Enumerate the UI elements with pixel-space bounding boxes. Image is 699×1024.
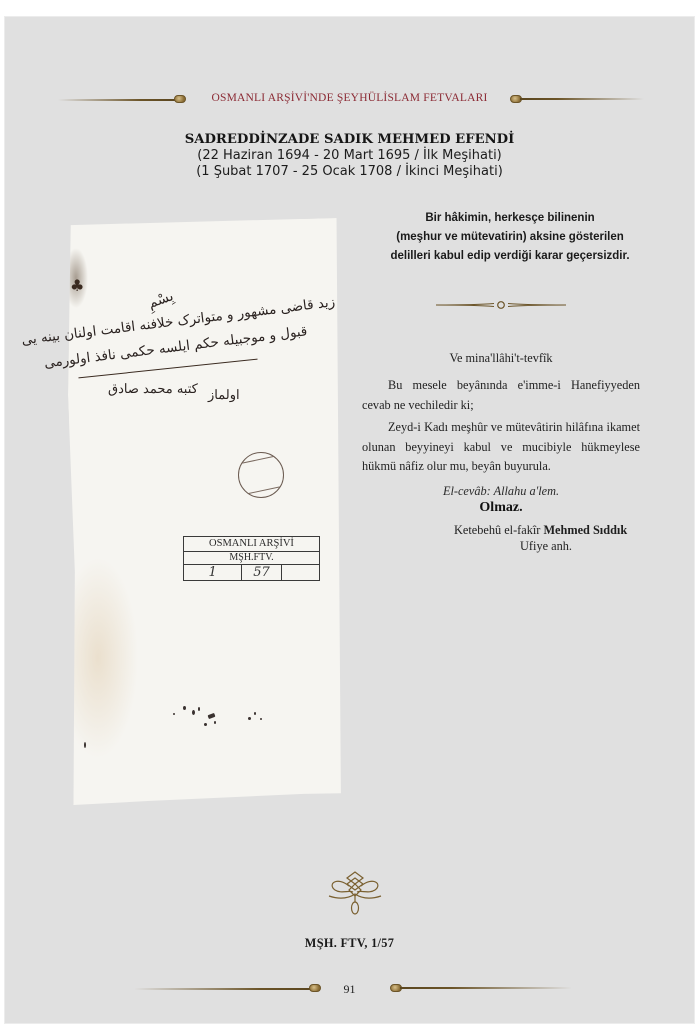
- archive-label: OSMANLI ARŞİVİ MŞH.FTV. 1 57: [183, 536, 320, 581]
- section-divider-icon: [436, 300, 566, 310]
- question-text: Zeyd-i Kadı meşhûr ve mütevâtirin hilâfı…: [362, 418, 640, 477]
- page-title-block: SADREDDİNZADE SADIK MEHMED EFENDİ (22 Ha…: [0, 131, 699, 180]
- archive-label-extra: [282, 565, 319, 580]
- archive-label-fund: MŞH.FTV.: [184, 552, 319, 565]
- sheikh-name: SADREDDİNZADE SADIK MEHMED EFENDİ: [0, 131, 699, 148]
- summary-line-3: delilleri kabul edip verdiği karar geçer…: [360, 247, 660, 266]
- series-title: OSMANLI ARŞİVİ'NDE ŞEYHÜLİSLAM FETVALARI: [0, 92, 699, 104]
- question-intro: Bu mesele beyânında e'imme-i Hanefiyyede…: [362, 376, 640, 415]
- archival-document-image: بِسْمِ ♣ زيد قاضی مشهور و متواترک خلافنه…: [68, 218, 342, 808]
- signature-suffix: Ufiye anh.: [454, 539, 638, 554]
- page-number: 91: [0, 982, 699, 997]
- archive-label-name: OSMANLI ARŞİVİ: [184, 537, 319, 552]
- knot-ornament-icon: [327, 870, 383, 916]
- margin-mark: ♣: [70, 276, 84, 295]
- signature-scrawl: کتبه محمد صادق: [108, 382, 198, 397]
- summary-line-1: Bir hâkimin, herkesçe bilinenin: [360, 209, 660, 228]
- archive-label-file: 57: [242, 565, 282, 580]
- signature-prefix: Ketebehû el-fakîr: [454, 523, 543, 537]
- second-term-dates: (1 Şubat 1707 - 25 Ocak 1708 / İkinci Me…: [0, 164, 699, 180]
- archive-label-folder: 1: [184, 565, 242, 580]
- archive-reference: MŞH. FTV, 1/57: [0, 936, 699, 951]
- first-term-dates: (22 Haziran 1694 - 20 Mart 1695 / İlk Me…: [0, 148, 699, 164]
- invocation: Ve mina'llâhi't-tevfîk: [362, 349, 640, 369]
- seal-stamp-icon: [238, 452, 284, 498]
- fatwa-summary: Bir hâkimin, herkesçe bilinenin (meşhur …: [360, 209, 660, 266]
- summary-line-2: (meşhur ve mütevatirin) aksine gösterile…: [360, 228, 660, 247]
- answer-lead: El-cevâb: Allahu a'lem.: [362, 484, 640, 499]
- signature-name: Mehmed Sıddık: [543, 523, 627, 537]
- manuscript-answer: اولماز: [208, 388, 240, 403]
- answer: Olmaz.: [362, 500, 640, 516]
- archive-label-numbers: 1 57: [184, 565, 319, 580]
- signature-line: Ketebehû el-fakîr Mehmed Sıddık: [454, 523, 654, 538]
